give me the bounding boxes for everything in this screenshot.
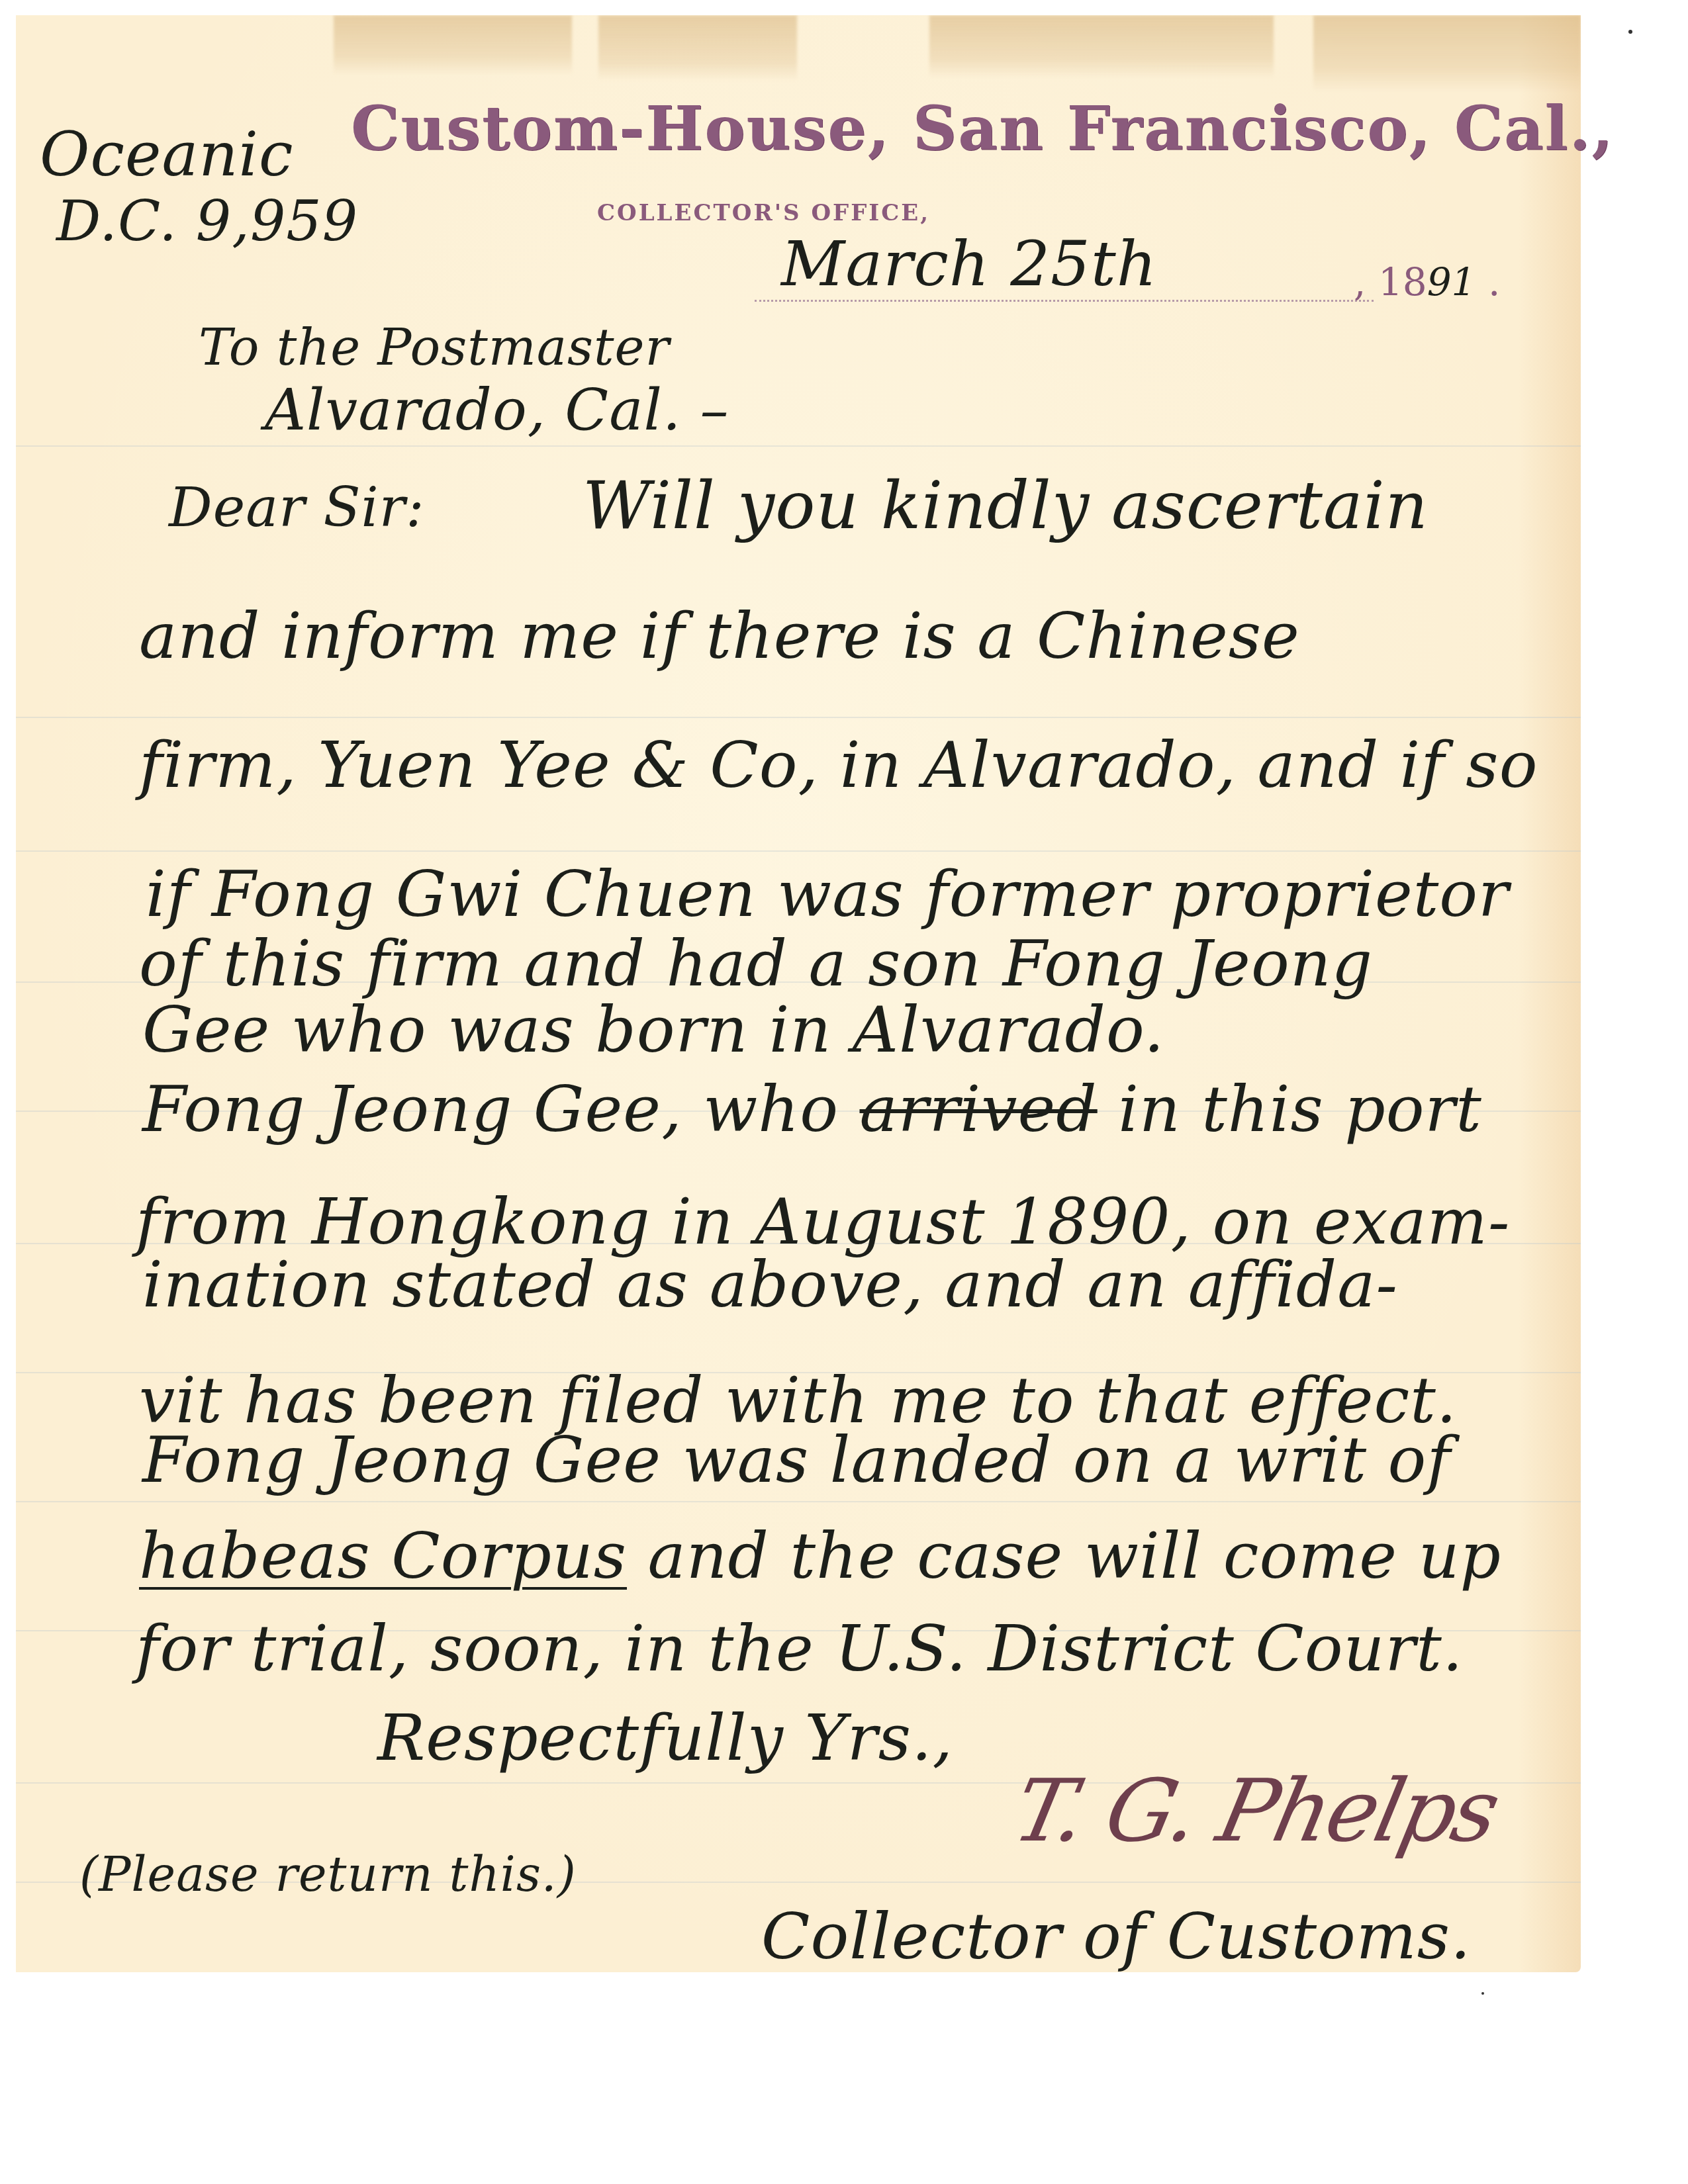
date-year-prefix: 18 bbox=[1378, 259, 1427, 304]
body-line-2: and inform me if there is a Chinese bbox=[139, 599, 1300, 673]
scan-speck bbox=[1481, 1992, 1484, 1995]
water-stain bbox=[1313, 15, 1581, 91]
body-line-6: Gee who was born in Alvarado. bbox=[142, 993, 1165, 1067]
body-line-12b: and the case will come up bbox=[648, 1519, 1501, 1593]
water-stain bbox=[598, 15, 797, 81]
body-line-5: of this firm and had a son Fong Jeong bbox=[139, 927, 1373, 1001]
struck-word: arrived bbox=[860, 1072, 1098, 1146]
margin-note-case-number: D.C. 9,959 bbox=[56, 189, 358, 253]
body-line-4: if Fong Gwi Chuen was former proprietor bbox=[146, 857, 1509, 931]
body-line-3: firm, Yuen Yee & Co, in Alvarado, and if… bbox=[139, 728, 1538, 802]
scan-speck bbox=[1628, 30, 1632, 34]
letterhead-subtitle: COLLECTOR'S OFFICE, bbox=[597, 200, 930, 226]
postscript: (Please return this.) bbox=[79, 1846, 577, 1902]
date-year-suffix: 91 bbox=[1427, 259, 1476, 304]
body-line-9: ination stated as above, and an affida- bbox=[142, 1248, 1398, 1322]
ruled-line bbox=[16, 717, 1581, 718]
date-dotted-line bbox=[755, 300, 1374, 302]
date-month-day: March 25th bbox=[781, 228, 1157, 300]
closing: Respectfully Yrs., bbox=[377, 1701, 953, 1775]
body-line-7a: Fong Jeong Gee, who bbox=[142, 1072, 839, 1146]
body-line-7: Fong Jeong Gee, who arrived in this port bbox=[142, 1072, 1482, 1146]
letterhead-title: Custom-House, San Francisco, Cal., bbox=[351, 93, 1615, 164]
water-stain bbox=[334, 15, 572, 75]
body-line-13: for trial, soon, in the U.S. District Co… bbox=[136, 1612, 1463, 1686]
habeas-corpus: habeas Corpus bbox=[139, 1519, 627, 1593]
body-line-7b: in this port bbox=[1118, 1072, 1482, 1146]
water-stain bbox=[929, 15, 1274, 78]
salutation: Dear Sir: bbox=[169, 477, 425, 539]
body-line-12: habeas Corpus and the case will come up bbox=[139, 1519, 1501, 1593]
ruled-line bbox=[16, 445, 1581, 447]
ruled-line bbox=[16, 1501, 1581, 1502]
addressee-line-2: Alvarado, Cal. – bbox=[265, 377, 729, 443]
body-line-11: Fong Jeong Gee was landed on a writ of bbox=[142, 1423, 1451, 1497]
signature: T. G. Phelps bbox=[1006, 1760, 1506, 1861]
ruled-line bbox=[16, 850, 1581, 852]
title-line: Collector of Customs. bbox=[761, 1899, 1472, 1974]
date-year: , 1891 . bbox=[1354, 259, 1500, 304]
margin-note-ship: Oceanic bbox=[40, 119, 293, 190]
body-line-1: Will you kindly ascertain bbox=[583, 467, 1429, 544]
addressee-line-1: To the Postmaster bbox=[199, 318, 670, 377]
